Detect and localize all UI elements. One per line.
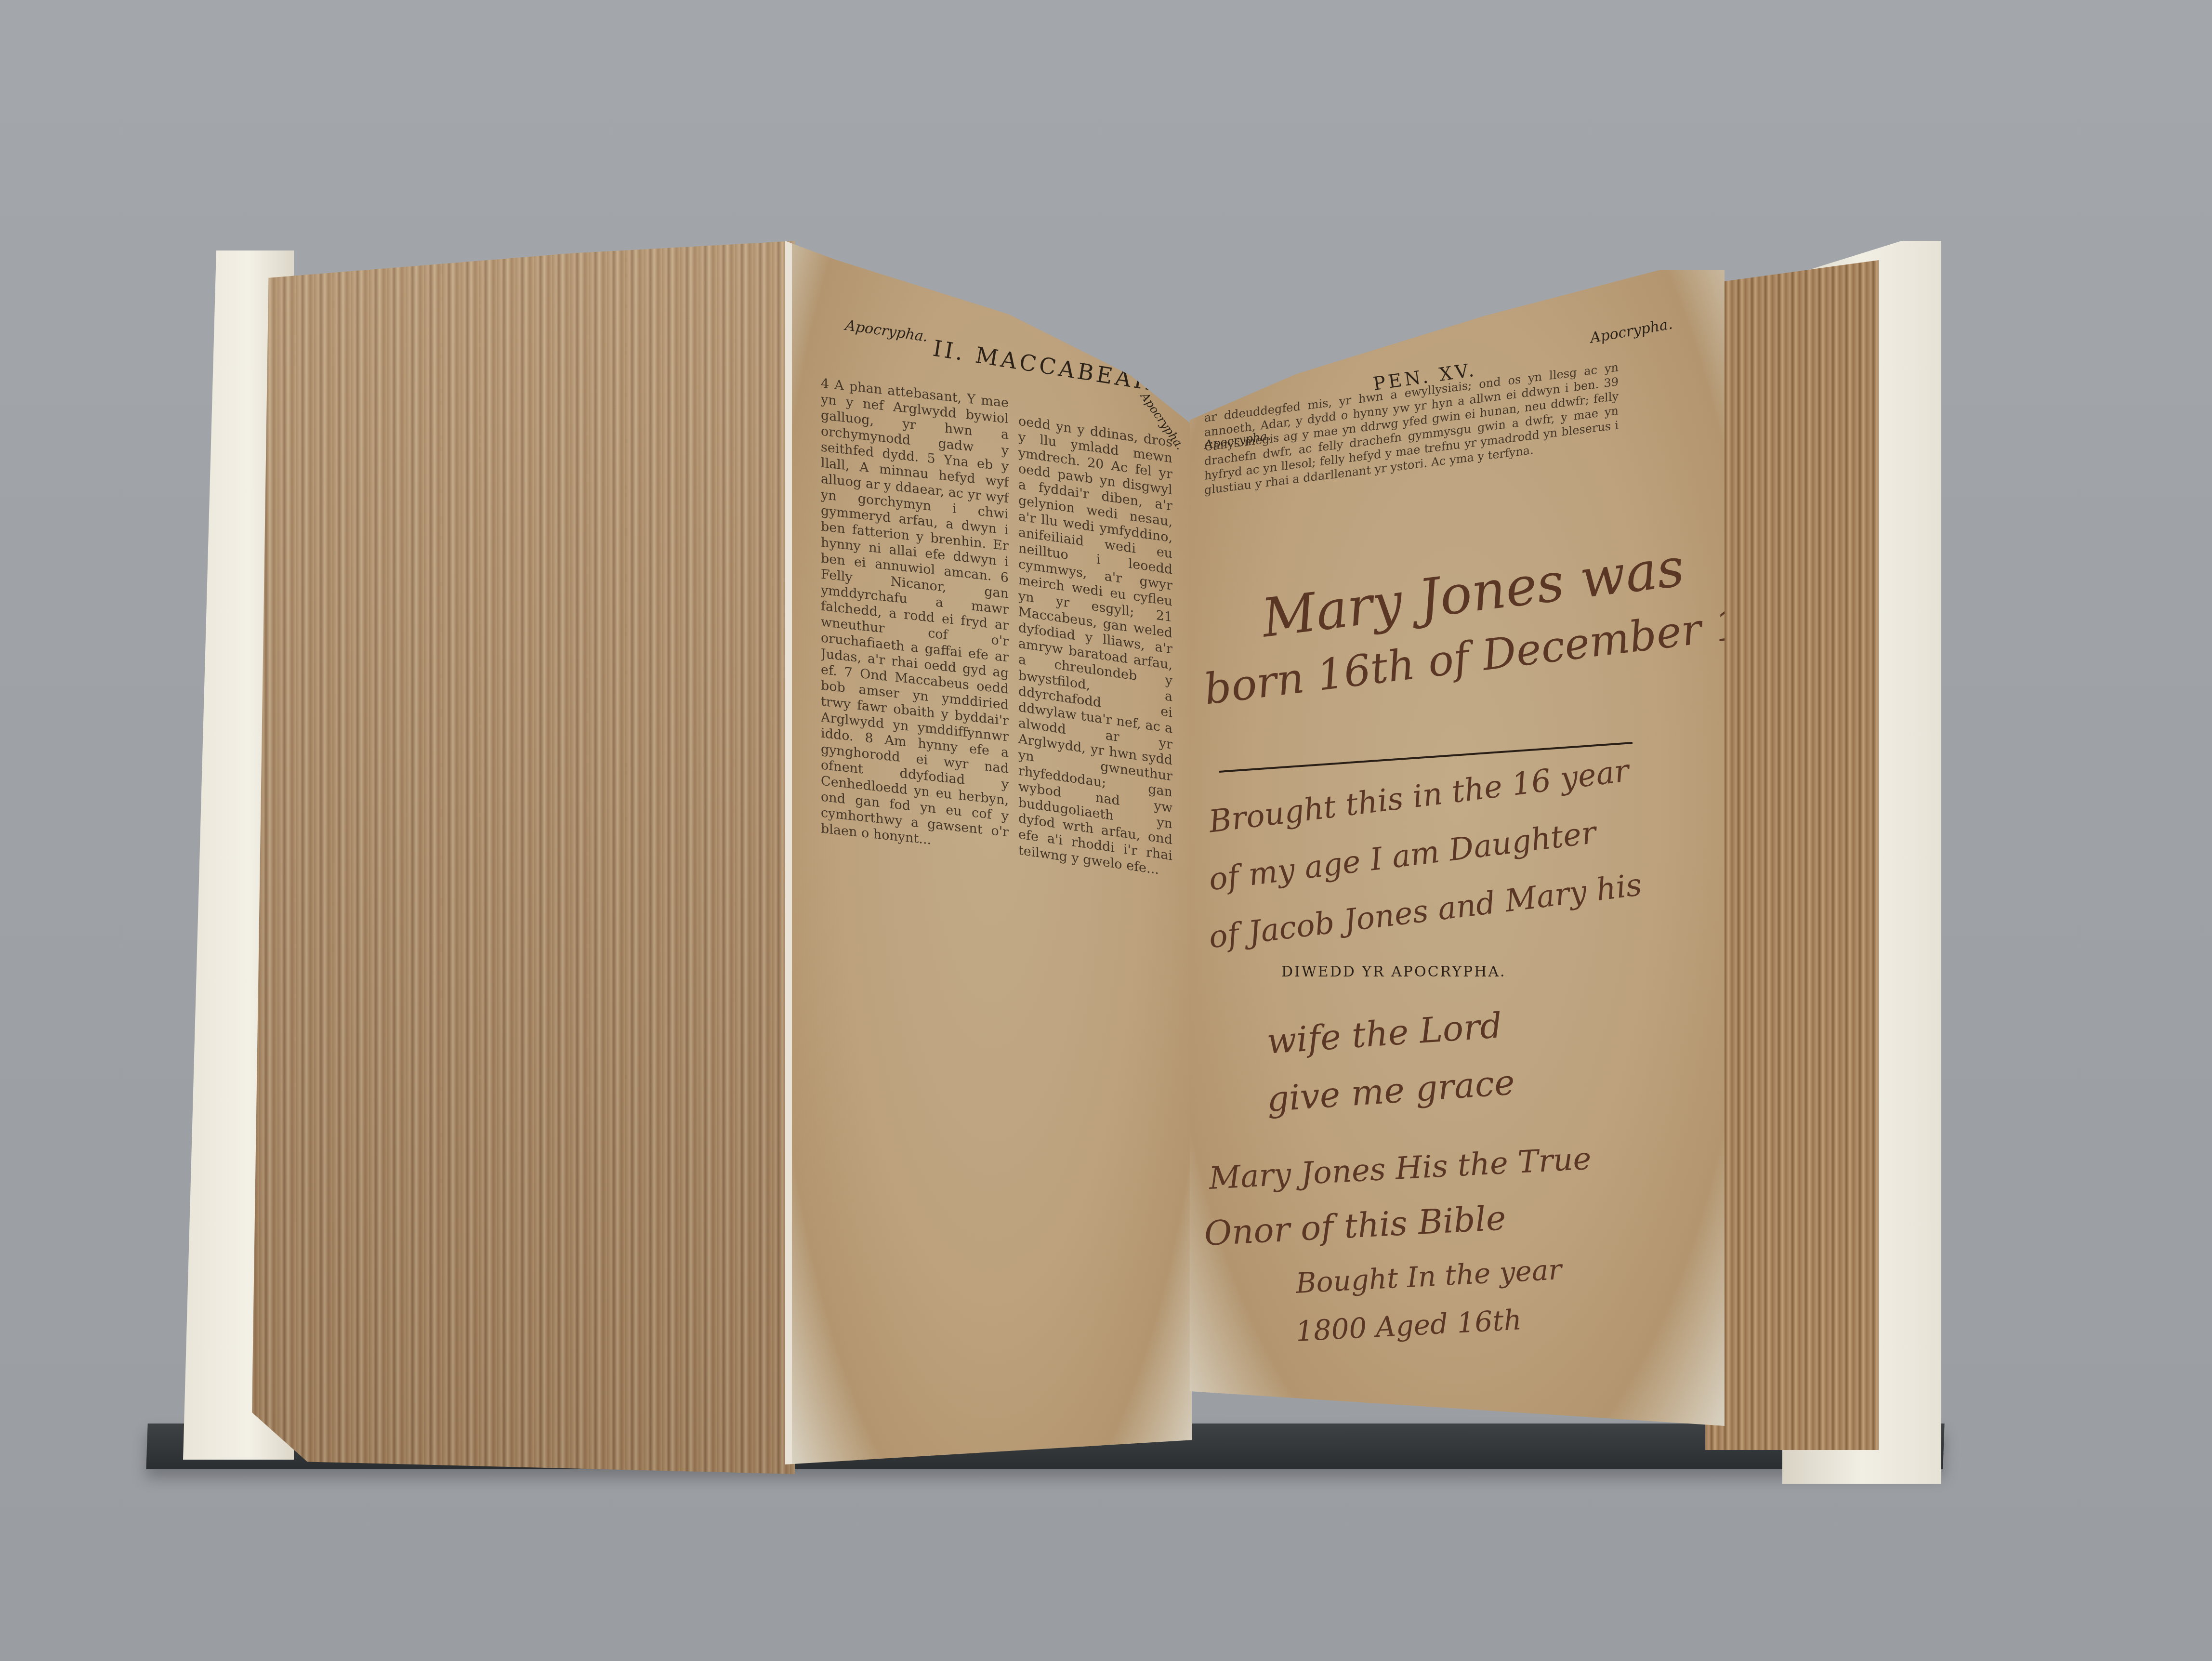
- handwriting-line: Bought In the year: [1295, 1253, 1562, 1300]
- handwriting-line: 1800 Aged 16th: [1295, 1303, 1522, 1347]
- handwriting-line: Onor of this Bible: [1203, 1198, 1507, 1253]
- running-head-right: Apocrypha.: [1589, 316, 1673, 347]
- handwriting-line: give me grace: [1265, 1062, 1516, 1120]
- end-of-apocrypha-mark: DIWEDD YR APOCRYPHA.: [1281, 963, 1506, 980]
- left-page: Apocrypha. II. MACCABEAID. Apocrypha. 4 …: [785, 241, 1192, 1464]
- text-column-2: oedd yn y ddinas, dros y llu ymladd mewn…: [1018, 413, 1172, 1398]
- text-column-1: 4 A phan attebasant, Y mae yn y nef Argl…: [821, 376, 1009, 1383]
- handwriting-line: Mary Jones His the True: [1208, 1141, 1592, 1196]
- right-page: Apocrypha. PEN. XV. Apocrypha. ar ddeudd…: [1190, 270, 1725, 1426]
- page-title: II. MACCABEAID.: [931, 335, 1177, 399]
- left-page-block: [241, 241, 795, 1474]
- right-page-block: [1705, 260, 1879, 1450]
- running-head-left: Apocrypha.: [844, 317, 929, 345]
- handwriting-line: wife the Lord: [1265, 1005, 1503, 1062]
